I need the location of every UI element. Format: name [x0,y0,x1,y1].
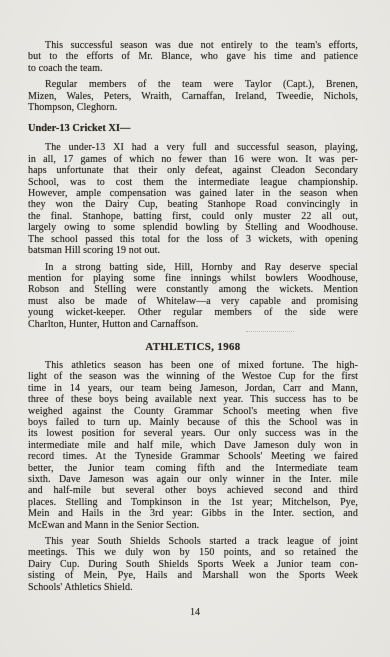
text-line: three of these boys being available next… [28,394,358,405]
text-line: This athletics season has been one of mi… [28,360,358,371]
text-line: This successful season was due not entir… [28,40,358,51]
section-heading: Under-13 Cricket XI— [28,123,358,135]
text-line: light of the season was the winning of t… [28,371,358,382]
paragraph: The under-13 XI had a very full and succ… [28,142,358,256]
text-line: time in 14 years, our team being Jameson… [28,383,358,394]
scan-smudge [246,331,294,332]
paragraph: This year South Shields Schools started … [28,536,358,593]
text-line: Dairy Cup. During South Shields Sports W… [28,559,358,570]
text-line: must also be made of Whitelaw—a very cap… [28,296,358,307]
text-line: to coach the team. [28,63,358,74]
text-line: record times. At the Tyneside Grammar Sc… [28,451,358,462]
text-line: School, was to cost them the intermediat… [28,177,358,188]
paragraph: In a strong batting side, Hill, Hornby a… [28,262,358,330]
text-line: Regular members of the team were Taylor … [28,79,358,90]
text-line: mention for playing some fine innings wh… [28,273,358,284]
text-line: haps unfortunate that their only defeat,… [28,165,358,176]
paragraph: This successful season was due not entir… [28,40,358,74]
text-line: Thompson, Cleghorn. [28,102,358,113]
text-line: sixth. Dave Jameson was again our only w… [28,474,358,485]
text-line: but to the efforts of Mr. Blance, who ga… [28,51,358,62]
text-line: Schools' Athletics Shield. [28,582,358,593]
text-line: batsman Hill scoring 19 not out. [28,245,358,256]
text-line: and half-mile but several other boys ach… [28,485,358,496]
scanned-document-page: This successful season was due not entir… [0,0,390,657]
text-line: meetings. This we duly won by 150 points… [28,547,358,558]
text-line: weighed against the County Grammar Schoo… [28,406,358,417]
text-line: The under-13 XI had a very full and succ… [28,142,358,153]
text-line: young wicket-keeper. Other regular membe… [28,307,358,318]
page-number: 14 [0,607,390,618]
text-line: places. Stelling and Tompkinson in the 1… [28,497,358,508]
text-line: its lowest position for several years. O… [28,428,358,439]
text-line: Charlton, Hunter, Hutton and Carnaffson. [28,319,358,330]
text-line: the final. Stanhope, batting first, coul… [28,211,358,222]
section-heading: ATHLETICS, 1968 [28,341,358,353]
text-line: intermediate mile and half mile, which D… [28,440,358,451]
text-line: This year South Shields Schools started … [28,536,358,547]
scan-smudge [299,574,304,576]
paragraph: Regular members of the team were Taylor … [28,79,358,113]
text-line: largely owing to some splendid bowling b… [28,222,358,233]
text-line: better, the Junior team coming fifth and… [28,463,358,474]
text-line: they won the Dairy Cup, beating Stanhope… [28,199,358,210]
text-line: However, ample compensation was gained l… [28,188,358,199]
text-line: Robson and Stelling were constantly amon… [28,284,358,295]
page-content: This successful season was due not entir… [28,40,358,598]
text-line: Mein and Hails in the 3rd year: Gibbs in… [28,508,358,519]
text-line: The school passed this total for the los… [28,234,358,245]
text-line: Mizen, Wales, Peters, Wraith, Carnaffan,… [28,91,358,102]
paragraph: This athletics season has been one of mi… [28,360,358,531]
text-line: boys failed to turn up. Mainly because o… [28,417,358,428]
text-line: McEwan and Mann in the Senior Section. [28,520,358,531]
text-line: sisting of Mein, Pye, Hails and Marshall… [28,570,358,581]
text-line: in all, 17 games of which no fewer than … [28,154,358,165]
text-line: In a strong batting side, Hill, Hornby a… [28,262,358,273]
